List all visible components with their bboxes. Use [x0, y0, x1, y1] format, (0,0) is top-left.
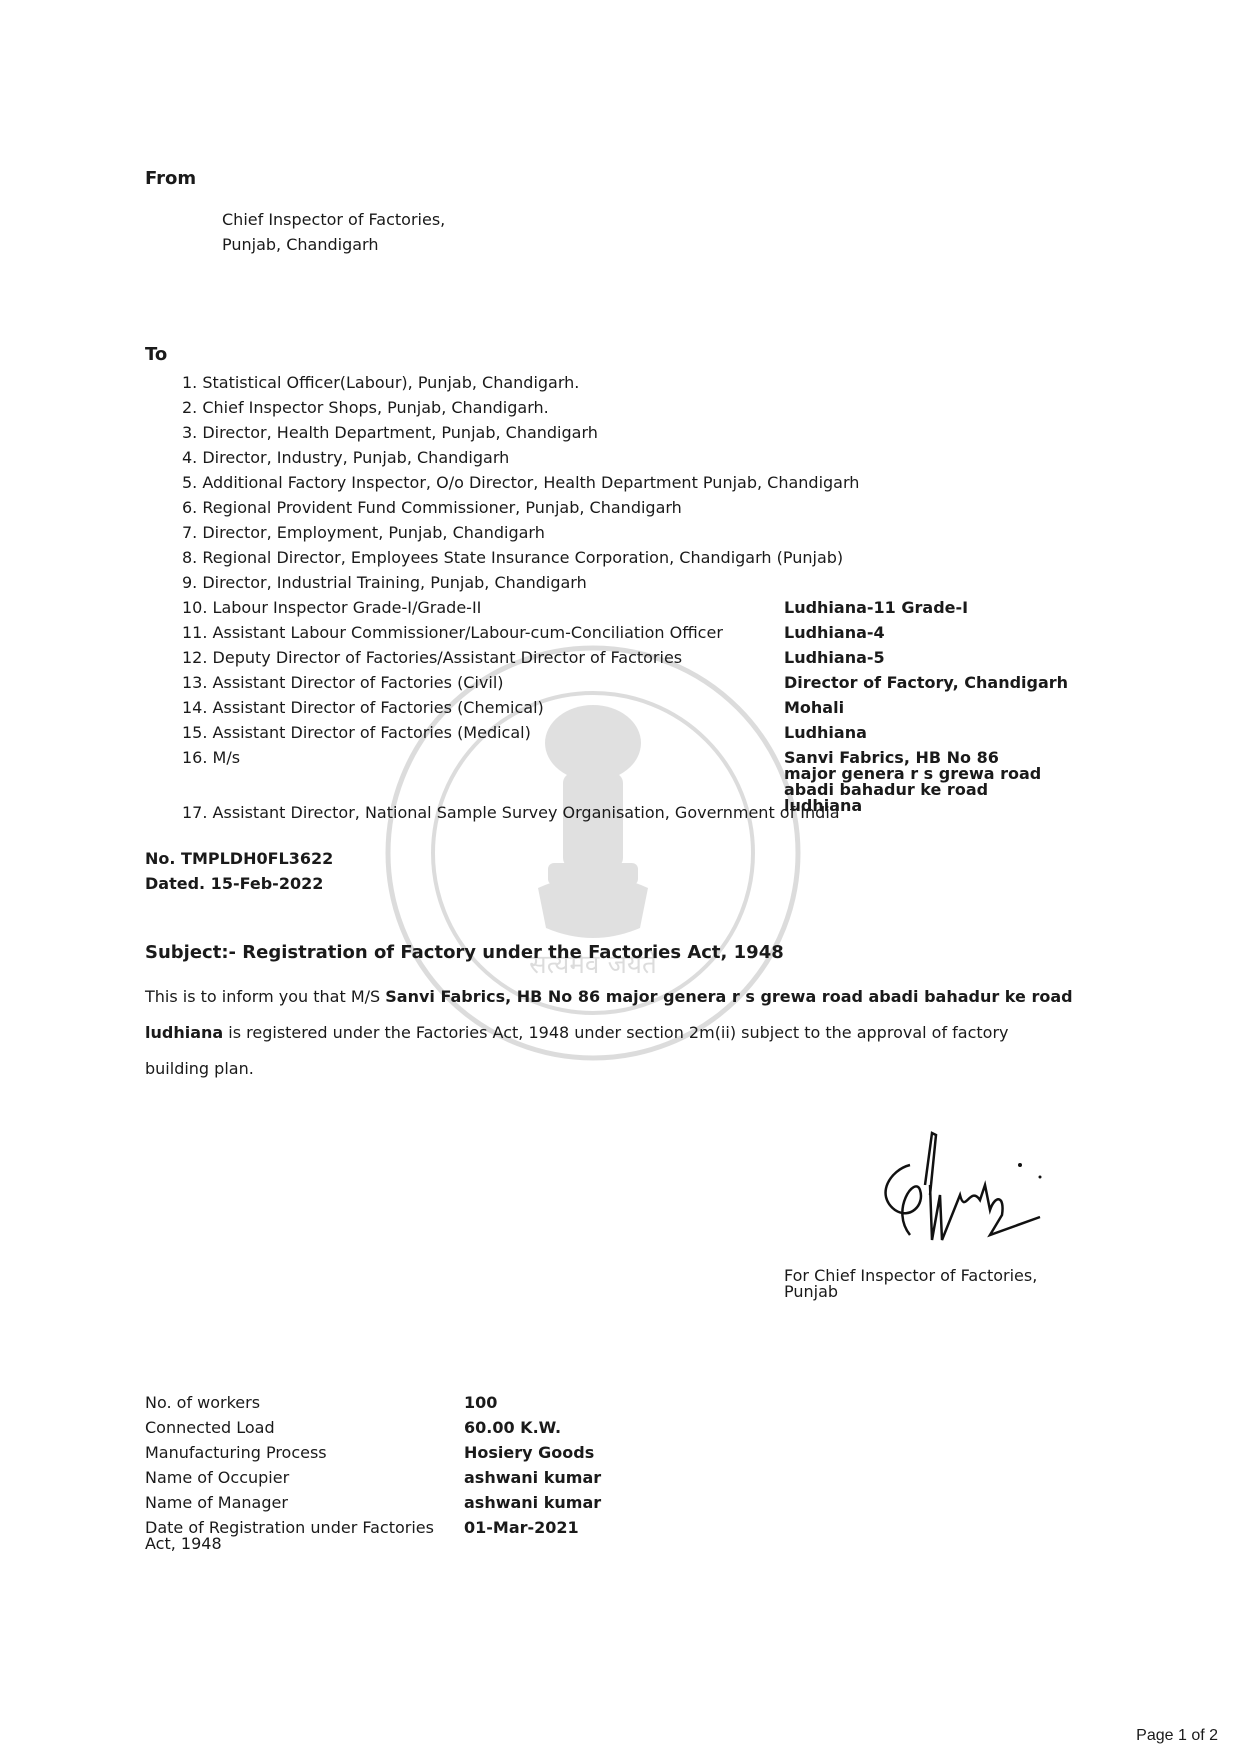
- body-suffix: is registered under the Factories Act, 1…: [145, 1023, 1009, 1078]
- recipient-location: Ludhiana-5: [784, 648, 885, 668]
- recipient-item: 4. Director, Industry, Punjab, Chandigar…: [182, 448, 509, 468]
- recipient-item: 10. Labour Inspector Grade-I/Grade-II: [182, 598, 481, 618]
- from-line-2: Punjab, Chandigarh: [222, 235, 378, 255]
- recipient-item: 17. Assistant Director, National Sample …: [182, 803, 840, 823]
- page-number: Page 1 of 2: [1136, 1727, 1218, 1745]
- detail-label: No. of workers: [145, 1395, 455, 1411]
- signature-icon: [870, 1125, 1055, 1250]
- detail-value: ashwani kumar: [464, 1470, 601, 1486]
- recipient-item: 13. Assistant Director of Factories (Civ…: [182, 673, 504, 693]
- body-prefix: This is to inform you that M/S: [145, 987, 385, 1006]
- detail-label: Connected Load: [145, 1420, 455, 1436]
- detail-label: Name of Occupier: [145, 1470, 455, 1486]
- recipient-location: Ludhiana-11 Grade-I: [784, 598, 968, 618]
- recipient-location: Director of Factory, Chandigarh: [784, 673, 1068, 693]
- detail-label: Manufacturing Process: [145, 1445, 455, 1461]
- recipient-item: 3. Director, Health Department, Punjab, …: [182, 423, 598, 443]
- recipient-item: 9. Director, Industrial Training, Punjab…: [182, 573, 587, 593]
- recipient-item: 15. Assistant Director of Factories (Med…: [182, 723, 531, 743]
- recipient-item: 2. Chief Inspector Shops, Punjab, Chandi…: [182, 398, 549, 418]
- to-heading: To: [145, 344, 167, 365]
- recipient-item: 1. Statistical Officer(Labour), Punjab, …: [182, 373, 579, 393]
- recipient-location: Mohali: [784, 698, 844, 718]
- recipient-item: 11. Assistant Labour Commissioner/Labour…: [182, 623, 723, 643]
- recipient-item: 5. Additional Factory Inspector, O/o Dir…: [182, 473, 859, 493]
- body-paragraph: This is to inform you that M/S Sanvi Fab…: [145, 979, 1075, 1087]
- recipient-item: 16. M/s: [182, 748, 240, 768]
- recipient-item: 7. Director, Employment, Punjab, Chandig…: [182, 523, 545, 543]
- detail-value: ashwani kumar: [464, 1495, 601, 1511]
- detail-value: 01-Mar-2021: [464, 1520, 579, 1536]
- recipient-location: Ludhiana-4: [784, 623, 885, 643]
- detail-label: Date of Registration under Factories Act…: [145, 1520, 455, 1552]
- reference-number: No. TMPLDH0FL3622: [145, 849, 333, 869]
- detail-value: 60.00 K.W.: [464, 1420, 561, 1436]
- recipient-item: 12. Deputy Director of Factories/Assista…: [182, 648, 682, 668]
- detail-value: Hosiery Goods: [464, 1445, 594, 1461]
- signature-line-2: Punjab: [784, 1284, 838, 1300]
- from-line-1: Chief Inspector of Factories,: [222, 210, 445, 230]
- detail-label: Name of Manager: [145, 1495, 455, 1511]
- detail-value: 100: [464, 1395, 497, 1411]
- subject-line: Subject:- Registration of Factory under …: [145, 942, 784, 963]
- reference-date: Dated. 15-Feb-2022: [145, 874, 323, 894]
- recipient-item: 6. Regional Provident Fund Commissioner,…: [182, 498, 682, 518]
- recipient-item: 14. Assistant Director of Factories (Che…: [182, 698, 544, 718]
- recipient-location: Ludhiana: [784, 723, 867, 743]
- recipient-item: 8. Regional Director, Employees State In…: [182, 548, 843, 568]
- from-heading: From: [145, 168, 196, 189]
